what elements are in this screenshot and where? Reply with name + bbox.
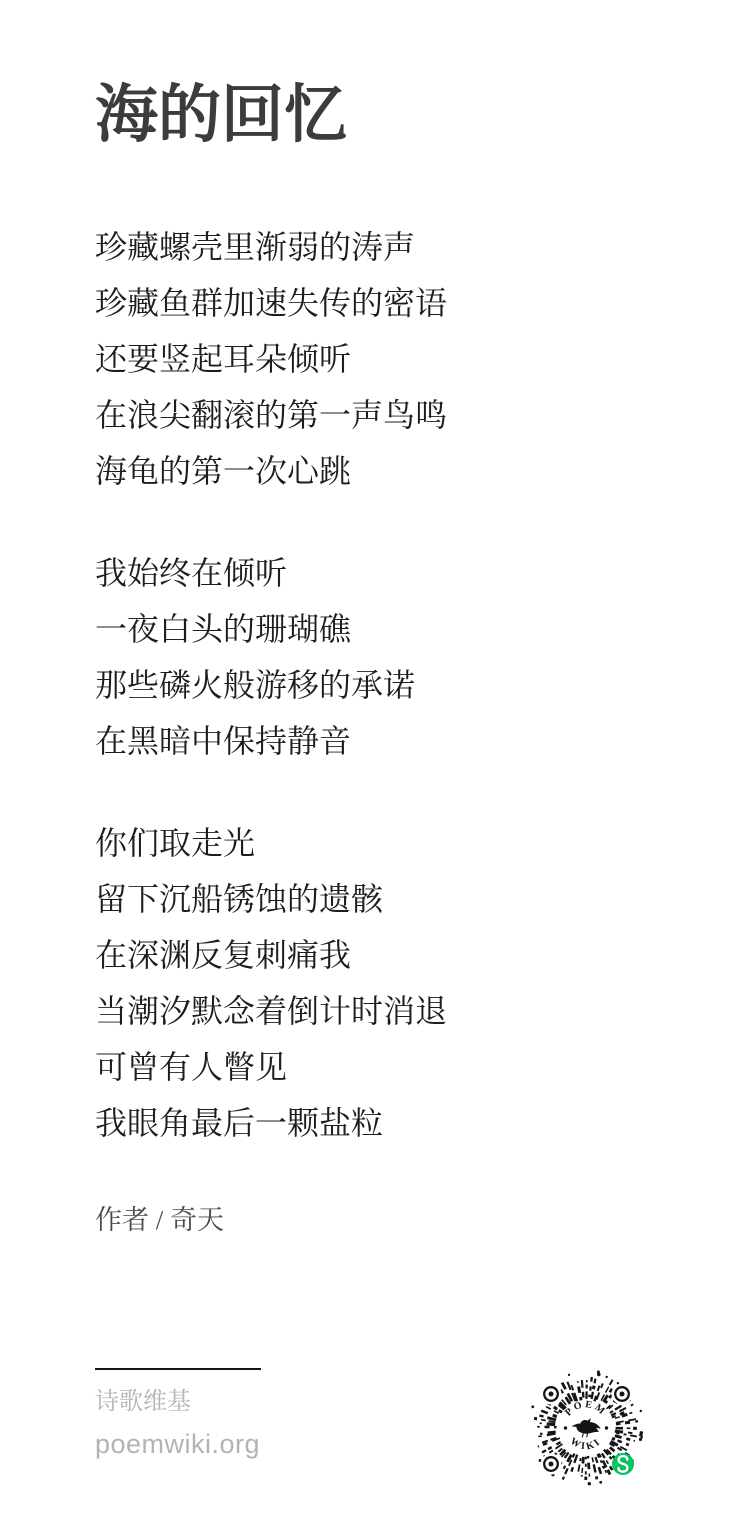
poem-line: 珍藏鱼群加速失传的密语 <box>95 275 447 331</box>
poem-title: 海的回忆 <box>95 78 347 154</box>
site-url-link[interactable]: poemwiki.org <box>95 1426 260 1462</box>
author-line: 作者 / 奇天 <box>95 1202 224 1240</box>
poem-line: 在黑暗中保持静音 <box>95 713 447 769</box>
poem-body: 珍藏螺壳里渐弱的涛声珍藏鱼群加速失传的密语还要竖起耳朵倾听在浪尖翻滚的第一声鸟鸣… <box>95 219 447 1197</box>
poem-line: 你们取走光 <box>95 815 447 871</box>
stanza: 珍藏螺壳里渐弱的涛声珍藏鱼群加速失传的密语还要竖起耳朵倾听在浪尖翻滚的第一声鸟鸣… <box>95 219 447 499</box>
stanza: 我始终在倾听一夜白头的珊瑚礁那些磷火般游移的承诺在黑暗中保持静音 <box>95 545 447 769</box>
site-name: 诗歌维基 <box>95 1386 191 1418</box>
poem-line: 在浪尖翻滚的第一声鸟鸣 <box>95 387 447 443</box>
poem-line: 可曾有人瞥见 <box>95 1039 447 1095</box>
poem-line: 海龟的第一次心跳 <box>95 443 447 499</box>
poem-line: 留下沉船锈蚀的遗骸 <box>95 871 447 927</box>
poem-line: 珍藏螺壳里渐弱的涛声 <box>95 219 447 275</box>
qr-position-marker-top-right <box>612 1384 633 1405</box>
ring-dot-left <box>564 1426 567 1429</box>
poemwiki-qr-logo[interactable]: POEM WIKI <box>526 1368 646 1488</box>
qr-position-marker-top-left <box>541 1384 562 1405</box>
poem-line: 那些磷火般游移的承诺 <box>95 657 447 713</box>
poem-page: 海的回忆 珍藏螺壳里渐弱的涛声珍藏鱼群加速失传的密语还要竖起耳朵倾听在浪尖翻滚的… <box>0 0 747 1522</box>
footer-divider <box>95 1368 261 1370</box>
miniprogram-badge-icon <box>612 1453 634 1475</box>
poem-line: 还要竖起耳朵倾听 <box>95 331 447 387</box>
poem-line: 我始终在倾听 <box>95 545 447 601</box>
poem-line: 一夜白头的珊瑚礁 <box>95 601 447 657</box>
qr-position-marker-bottom-left <box>541 1454 562 1475</box>
poem-line: 在深渊反复刺痛我 <box>95 927 447 983</box>
stanza: 你们取走光留下沉船锈蚀的遗骸在深渊反复刺痛我当潮汐默念着倒计时消退可曾有人瞥见我… <box>95 815 447 1151</box>
poem-line: 我眼角最后一颗盐粒 <box>95 1095 447 1151</box>
ring-dot-right <box>605 1426 608 1429</box>
poem-line: 当潮汐默念着倒计时消退 <box>95 983 447 1039</box>
